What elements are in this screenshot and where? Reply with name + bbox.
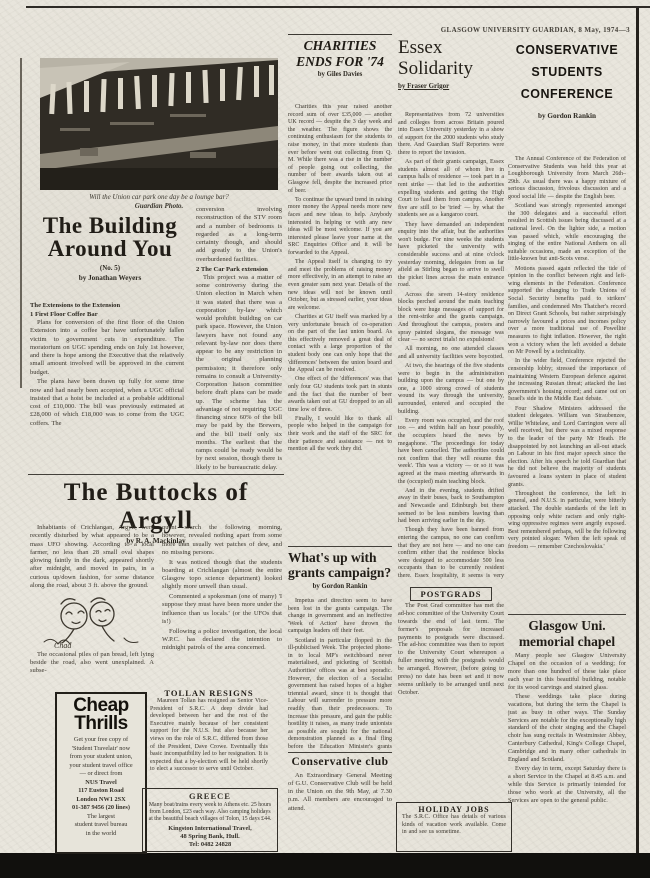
section-divider — [288, 752, 392, 753]
cheap-thrills-title-line2: Thrills — [61, 715, 141, 733]
paragraph: All morning, no one attended classes and… — [398, 346, 504, 361]
fcs-title-line1: CONSERVATIVE — [508, 40, 626, 62]
article-club-body: An Extraordinary General Meeting of G.U.… — [288, 772, 392, 848]
paragraph: An Extraordinary General Meeting of G.U.… — [288, 772, 392, 813]
ad-line: The largest — [61, 813, 141, 822]
paragraph: The Appeal itself is changing to try and… — [288, 259, 392, 312]
building-title-line1: The Building — [30, 214, 190, 237]
fcs-byline: by Gordon Rankin — [508, 112, 626, 120]
paragraph: conversion involving reconstruction of t… — [196, 206, 282, 264]
paragraph: Plans for conversion of the first floor … — [30, 319, 184, 377]
paragraph: As part of their grants campaign, Essex … — [398, 159, 504, 220]
article-club-head: Conservative club — [288, 756, 392, 768]
article-essex-head: Essex Solidarity by Fraser Grigor — [398, 38, 504, 90]
paragraph: Following a police investigation, the lo… — [162, 628, 282, 653]
cheap-thrills-ad: Cheap Thrills Get your free copy of 'Stu… — [55, 692, 147, 854]
paragraph: To continue the upward trend in raising … — [288, 197, 392, 258]
article-grants-head: What's up with grants campaign? by Gordo… — [288, 551, 392, 590]
greece-phone: Tel: 0482 24828 — [147, 841, 273, 849]
essex-byline: by Fraser Grigor — [398, 82, 504, 90]
paragraph: Throughout the conference, the left in g… — [508, 491, 626, 552]
ad-line: in the world — [61, 830, 141, 839]
paragraph: Maureen Tollan has resigned as Senior Vi… — [150, 698, 268, 774]
building-strap: The Extensions to the Extension — [30, 302, 184, 309]
charities-title-line1: CHARITIES — [288, 38, 392, 54]
article-tollan: TOLLAN RESIGNS Maureen Tollan has resign… — [150, 688, 268, 786]
article-building-col2: conversion involving reconstruction of t… — [196, 206, 282, 472]
paragraph: The S.R.C. Office has details of various… — [402, 814, 506, 837]
paragraph: The plans have been drawn up fully for s… — [30, 378, 184, 428]
paragraph: Scotland in particular flopped in the il… — [288, 638, 392, 750]
essex-title-line2: Solidarity — [398, 59, 504, 80]
ad-line: your student travel office — [61, 762, 141, 771]
article-fcs-body: The Annual Conference of the Federation … — [508, 156, 626, 612]
ad-line: 117 Euston Road — [61, 787, 141, 796]
section-divider — [28, 474, 284, 475]
chapel-title-line2: memorial chapel — [508, 634, 626, 650]
photo-illustration — [40, 58, 278, 190]
paragraph: Four Shadow Ministers addressed the stud… — [508, 406, 626, 490]
building-subhead-1: 1 First Floor Coffee Bar — [30, 311, 184, 318]
section-divider — [288, 546, 392, 547]
paragraph: Inhabitants of Crichlangan, Argyll, were… — [30, 524, 154, 590]
paragraph: Motions passed again reflected the tide … — [508, 266, 626, 357]
paragraph: In the wider field, Conference rejected … — [508, 358, 626, 404]
charities-title-line2: ENDS FOR '74 — [288, 54, 392, 70]
essex-title-line1: Essex — [398, 38, 504, 59]
ad-line: Get your free copy of — [61, 736, 141, 745]
greece-ad: GREECE Many boat/trains every week to At… — [142, 788, 278, 852]
paragraph: Charities this year raised another recor… — [288, 104, 392, 195]
article-buttocks-col1: Inhabitants of Crichlangan, Argyll, were… — [30, 524, 154, 688]
paragraph: Every day in term, except Saturday there… — [508, 765, 626, 804]
fcs-title-line2: STUDENTS — [508, 62, 626, 84]
newspaper-page: GLASGOW UNIVERSITY GUARDIAN, 8 May, 1974… — [0, 0, 650, 878]
paragraph: Impetus and direction seem to have been … — [288, 598, 392, 636]
building-title-line2: Around You — [30, 237, 190, 260]
ad-line: — or direct from — [61, 770, 141, 779]
right-edge-rule — [636, 8, 639, 853]
article-postgrads-head: POSTGRADS — [398, 584, 504, 602]
chapel-title-line1: Glasgow Uni. — [508, 618, 626, 634]
paragraph: These weddings take place during vacatio… — [508, 693, 626, 764]
paragraph: At two, the hearings of the five student… — [398, 363, 504, 416]
article-charities-head: CHARITIES ENDS FOR '74 by Giles Davies — [288, 34, 392, 78]
paragraph: Scotland was strongly represented amongs… — [508, 203, 626, 264]
article-fcs-head: CONSERVATIVE STUDENTS CONFERENCE by Gord… — [508, 40, 626, 120]
paragraph: It was noticed though that the students … — [162, 559, 282, 592]
photo-credit: Guardian Photo. — [135, 202, 184, 210]
club-title: Conservative club — [288, 756, 392, 768]
article-charities-body: Charities this year raised another recor… — [288, 104, 392, 544]
masthead: GLASGOW UNIVERSITY GUARDIAN, 8 May, 1974… — [330, 26, 630, 34]
greece-travel-name: Kingston International Travel, — [147, 825, 273, 833]
paragraph: This project was a matter of some contro… — [196, 274, 282, 472]
paragraph: The occasional piles of pan bread, left … — [30, 651, 154, 676]
bottom-scan-bar — [0, 853, 650, 878]
charities-byline: by Giles Davies — [288, 71, 392, 78]
article-postgrads-body: The Post Grad committee has met the ad-h… — [398, 602, 504, 796]
svg-text:Chad: Chad — [54, 641, 72, 650]
building-byline: by Jonathan Weyers — [30, 274, 190, 282]
grants-byline: by Gordon Rankin — [288, 583, 392, 590]
paragraph: Representatives from 72 universities and… — [398, 112, 504, 158]
ad-line: student travel bureau — [61, 821, 141, 830]
paragraph: And in the evening, students drifted awa… — [398, 488, 504, 526]
photo-caption: Will the Union car park one day be a lou… — [89, 193, 229, 201]
top-edge-rule — [26, 6, 650, 8]
union-extension-photo — [40, 58, 278, 190]
ad-line: 01-387 9456 (20 lines) — [61, 804, 141, 813]
article-essex-body: Representatives from 72 universities and… — [398, 112, 504, 580]
holiday-jobs-title: HOLIDAY JOBS — [402, 805, 506, 814]
paragraph: Many people see Glasgow University Chape… — [508, 652, 626, 691]
article-chapel-head: Glasgow Uni. memorial chapel — [508, 618, 626, 649]
ad-line: from your student union, — [61, 753, 141, 762]
article-chapel-body: Many people see Glasgow University Chape… — [508, 652, 626, 848]
postgrads-title: POSTGRADS — [410, 587, 493, 601]
holiday-jobs-box: HOLIDAY JOBS The S.R.C. Office has detai… — [396, 802, 512, 852]
greece-title: GREECE — [147, 791, 273, 801]
section-divider — [508, 614, 626, 615]
greece-body: Many boat/trains every week to Athens et… — [147, 802, 273, 824]
paragraph: The Post Grad committee has met the ad-h… — [398, 602, 504, 697]
ad-line: 'Student Travelair' now — [61, 745, 141, 754]
article-building-head: The Building Around You (No. 5) by Jonat… — [30, 214, 190, 282]
paragraph: One effect of the 'differences' was that… — [288, 376, 392, 414]
paragraph: Every room was occupied, and the roof to… — [398, 418, 504, 486]
paragraph: Commented a spokesman (one of many) 'I s… — [162, 593, 282, 626]
paragraph: Charities at GU itself was marked by a v… — [288, 314, 392, 375]
greece-address: 48 Spring Bank, Hull. — [147, 833, 273, 841]
paragraph: quent search the following morning, howe… — [162, 524, 282, 557]
ufo-cartoon: Chad — [36, 592, 148, 650]
article-building-col1: The Extensions to the Extension 1 First … — [30, 300, 184, 472]
building-number: (No. 5) — [30, 264, 190, 272]
building-subhead-2: 2 The Car Park extension — [196, 266, 282, 273]
ad-line: London NW1 2SX — [61, 796, 141, 805]
paragraph: The Annual Conference of the Federation … — [508, 156, 626, 202]
left-edge-rule — [20, 58, 22, 388]
paragraph: Finally, I would like to thank all peopl… — [288, 416, 392, 454]
grants-title-line1: What's up with — [288, 551, 392, 566]
paragraph: Across the seven 14-story residence bloc… — [398, 292, 504, 345]
ad-line: NUS Travel — [61, 779, 141, 788]
paragraph: Though they have been banned from enteri… — [398, 527, 504, 580]
paragraph: They have demanded an independent enquir… — [398, 222, 504, 290]
grants-title-line2: grants campaign? — [288, 566, 392, 581]
tollan-title: TOLLAN RESIGNS — [150, 688, 268, 698]
fcs-title-line3: CONFERENCE — [508, 84, 626, 106]
article-buttocks-col2: quent search the following morning, howe… — [162, 524, 282, 688]
article-grants-body: Impetus and direction seem to have been … — [288, 598, 392, 750]
